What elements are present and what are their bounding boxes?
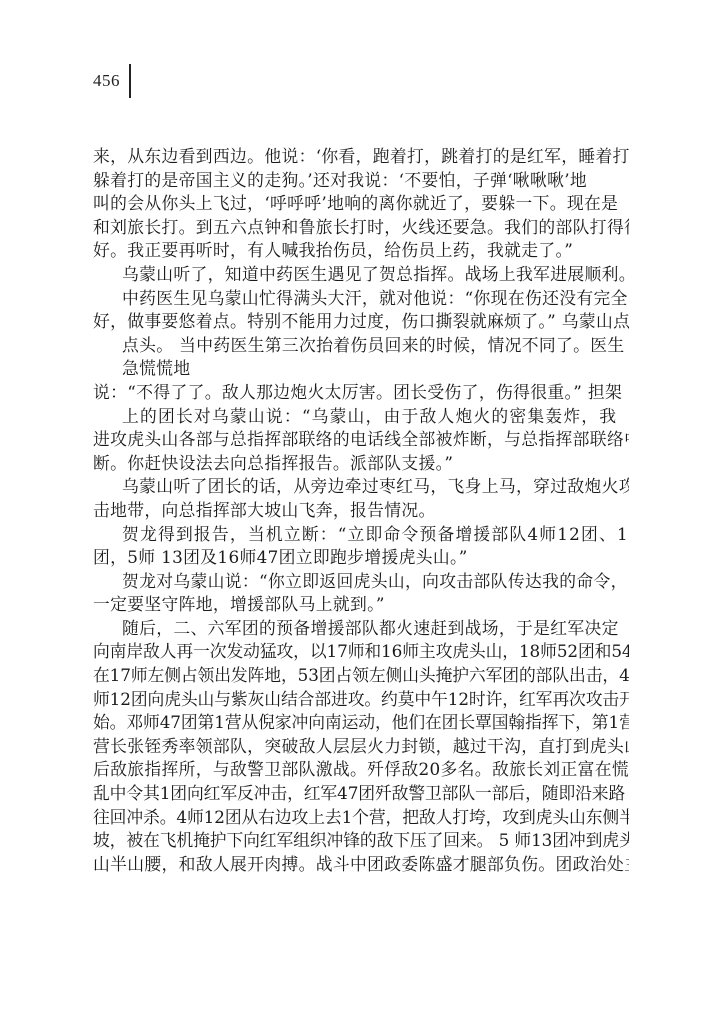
text-line: 上的团长对乌蒙山说：“乌蒙山，由于敌人炮火的密集轰炸，我: [93, 405, 629, 429]
text-line: 乌蒙山听了团长的话，从旁边牵过枣红马，飞身上马，穿过敌炮火攻: [93, 475, 629, 499]
text-line: 乱中令其1团向红军反冲击，红军47团歼敌警卫部队一部后，随即沿来路: [93, 782, 629, 806]
text-line: 后敌旅指挥所，与敌警卫部队激战。歼俘敌20多名。敌旅长刘正富在慌: [93, 758, 629, 782]
text-line: 好。我正要再听时，有人喊我抬伤员，给伤员上药，我就走了。”: [93, 239, 629, 263]
text-line: 坡，被在飞机掩护下向红军组织冲锋的敌下压了回来。 5 师13团冲到虎头: [93, 829, 629, 853]
text-line: 断。你赶快设法去向总指挥报告。派部队支援。”: [93, 452, 629, 476]
text-line: 中药医生见乌蒙山忙得满头大汗，就对他说：“你现在伤还没有完全: [93, 287, 629, 311]
text-line: 向南岸敌人再一次发动猛攻，以17师和16师主攻虎头山，18师52团和54团: [93, 640, 629, 664]
text-line: 进攻虎头山各部与总指挥部联络的电话线全部被炸断，与总指挥部联络中: [93, 428, 629, 452]
text-line: 击地带，向总指挥部大坡山飞奔，报告情况。: [93, 499, 629, 523]
text-line: 说：“不得了了。敌人那边炮火太厉害。团长受伤了，伤得很重。” 担架: [93, 381, 629, 405]
text-line: 一定要坚守阵地，增援部队马上就到。”: [93, 593, 629, 617]
text-line: 乌蒙山听了，知道中药医生遇见了贺总指挥。战场上我军进展顺利。: [93, 263, 629, 287]
text-line: 山半山腰，和敌人展开肉搏。战斗中团政委陈盛才腿部负伤。团政治处主: [93, 853, 629, 877]
text-line: 好，做事要悠着点。特别不能用力过度，伤口撕裂就麻烦了。” 乌蒙山点: [93, 310, 629, 334]
text-line: 在17师左侧占领出发阵地，53团占领左侧山头掩护六军团的部队出击，4: [93, 664, 629, 688]
text-line: 点头。 当中药医生第三次抬着伤员回来的时候，情况不同了。医生: [93, 334, 629, 358]
text-line: 叫的会从你头上飞过，‘呼呼呼’地响的离你就近了，要躲一下。现在是: [93, 192, 629, 216]
text-line: 贺龙得到报告，当机立断：“立即命令预备增援部队4师12团、11: [93, 523, 629, 547]
text-line: 和刘旅长打。到五六点钟和鲁旅长打时，火线还要急。我们的部队打得很: [93, 216, 629, 240]
header-divider: [129, 64, 131, 98]
text-line: 始。邓师47团第1营从倪家冲向南运动，他们在团长覃国翰指挥下，第1营: [93, 711, 629, 735]
page-header: 456: [93, 64, 131, 98]
text-line: 团，5师 13团及16师47团立即跑步增援虎头山。”: [93, 546, 629, 570]
text-line: 营长张铚秀率领部队，突破敌人层层火力封锁，越过干沟，直打到虎头山: [93, 735, 629, 759]
page-number: 456: [93, 71, 120, 91]
body-text: 来，从东边看到西边。他说：‘你看，跑着打，跳着打的是红军，睡着打 躲着打的是帝国…: [93, 145, 629, 876]
text-line: 来，从东边看到西边。他说：‘你看，跑着打，跳着打的是红军，睡着打: [93, 145, 629, 169]
text-line: 急慌慌地: [93, 357, 629, 381]
text-line: 躲着打的是帝国主义的走狗。’还对我说：‘不要怕，子弹‘啾啾啾’地: [93, 169, 629, 193]
text-line: 贺龙对乌蒙山说：“你立即返回虎头山，向攻击部队传达我的命令，: [93, 570, 629, 594]
text-line: 随后，二、六军团的预备增援部队都火速赶到战场，于是红军决定: [93, 617, 629, 641]
text-line: 师12团向虎头山与紫灰山结合部进攻。约莫中午12时许，红军再次攻击开: [93, 688, 629, 712]
text-line: 往回冲杀。4师12团从右边攻上去1个营，把敌人打垮，攻到虎头山东侧半: [93, 806, 629, 830]
